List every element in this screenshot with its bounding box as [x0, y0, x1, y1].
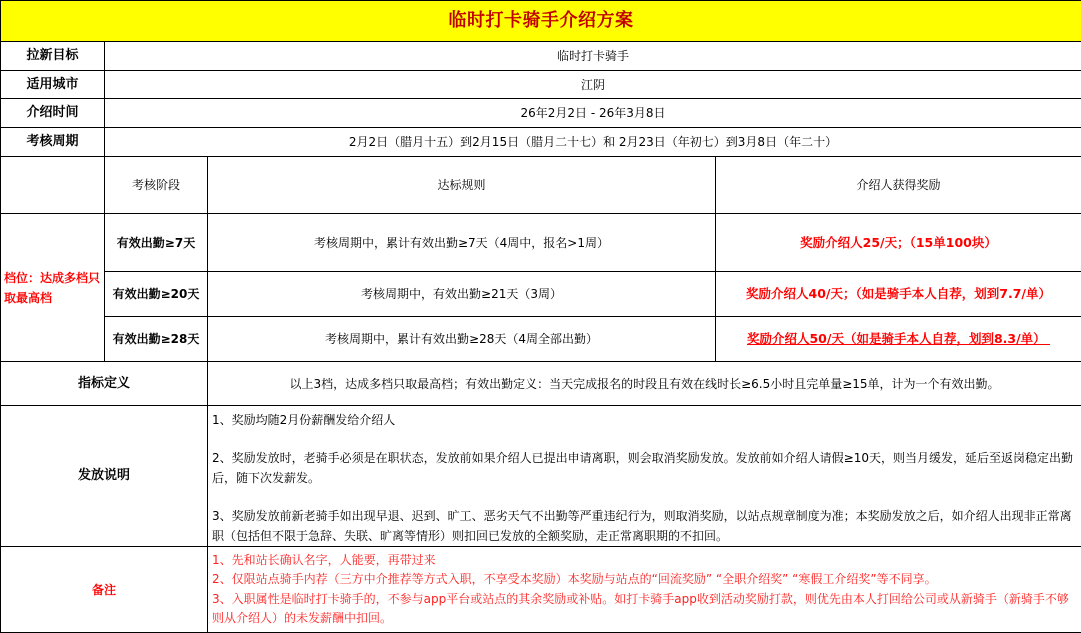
info-label-assessment: 考核周期: [1, 128, 105, 157]
tier-reward-text: 奖励介绍人50/天（如是骑手本人自荐，划到8.3/单）: [747, 331, 1050, 346]
sheet-title: 临时打卡骑手介绍方案: [1, 1, 1081, 42]
info-value-city: 江阴: [105, 71, 1081, 99]
payout-item: 3、奖励发放前新老骑手如出现早退、迟到、旷工、恶劣天气不出勤等严重违纪行为，则取…: [212, 506, 1077, 546]
definition-row: 指标定义 以上3档，达成多档只取最高档；有效出勤定义：当天完成报名的时段且有效在…: [1, 362, 1081, 406]
info-label-period: 介绍时间: [1, 99, 105, 128]
notes-item: 2、仅限站点骑手内荐（三方中介推荐等方式入职，不享受本奖励）本奖励与站点的“回流…: [212, 570, 1077, 590]
tier-row: 有效出勤≥28天 考核周期中，累计有效出勤≥28天（4周全部出勤） 奖励介绍人5…: [1, 317, 1081, 362]
info-row-period: 介绍时间 26年2月2日 - 26年3月8日: [1, 99, 1081, 128]
tier-group-label: 档位：达成多档只取最高档: [1, 214, 105, 362]
tier-rule: 考核周期中，累计有效出勤≥28天（4周全部出勤）: [208, 317, 716, 362]
info-value-assessment: 2月2日（腊月十五）到2月15日（腊月二十七）和 2月23日（年初七）到3月8日…: [105, 128, 1081, 157]
payout-row: 发放说明 1、奖励均随2月份薪酬发给介绍人 2、奖励发放时，老骑手必须是在职状态…: [1, 406, 1081, 547]
notes-label: 备注: [1, 547, 208, 633]
tier-reward: 奖励介绍人25/天；（15单100块）: [716, 214, 1081, 272]
tier-stage: 有效出勤≥28天: [105, 317, 208, 362]
tier-rule: 考核周期中，有效出勤≥21天（3周）: [208, 272, 716, 317]
payout-text: 1、奖励均随2月份薪酬发给介绍人 2、奖励发放时，老骑手必须是在职状态，发放前如…: [208, 406, 1081, 547]
payout-label: 发放说明: [1, 406, 208, 547]
plan-sheet: 临时打卡骑手介绍方案 拉新目标 临时打卡骑手 适用城市 江阴 介绍时间 26年2…: [0, 0, 1081, 633]
notes-item: 3、入职属性是临时打卡骑手的，不参与app平台或站点的其余奖励或补贴。如打卡骑手…: [212, 590, 1077, 629]
tier-header-blank: [1, 157, 105, 214]
info-label-city: 适用城市: [1, 71, 105, 99]
tier-rule: 考核周期中，累计有效出勤≥7天（4周中，报名>1周）: [208, 214, 716, 272]
payout-item: 1、奖励均随2月份薪酬发给介绍人: [212, 410, 1077, 430]
tier-header-reward: 介绍人获得奖励: [716, 157, 1081, 214]
info-row-target: 拉新目标 临时打卡骑手: [1, 42, 1081, 71]
info-value-target: 临时打卡骑手: [105, 42, 1081, 71]
tier-reward: 奖励介绍人50/天（如是骑手本人自荐，划到8.3/单）: [716, 317, 1081, 362]
definition-text: 以上3档，达成多档只取最高档；有效出勤定义：当天完成报名的时段且有效在线时长≥6…: [208, 362, 1081, 406]
tier-stage: 有效出勤≥20天: [105, 272, 208, 317]
tier-header-row: 考核阶段 达标规则 介绍人获得奖励: [1, 157, 1081, 214]
notes-text: 1、先和站长确认名字，人能要，再带过来 2、仅限站点骑手内荐（三方中介推荐等方式…: [208, 547, 1081, 633]
info-row-city: 适用城市 江阴: [1, 71, 1081, 99]
tier-reward: 奖励介绍人40/天；（如是骑手本人自荐，划到7.7/单）: [716, 272, 1081, 317]
notes-row: 备注 1、先和站长确认名字，人能要，再带过来 2、仅限站点骑手内荐（三方中介推荐…: [1, 547, 1081, 633]
tier-header-rule: 达标规则: [208, 157, 716, 214]
tier-stage: 有效出勤≥7天: [105, 214, 208, 272]
info-row-assessment: 考核周期 2月2日（腊月十五）到2月15日（腊月二十七）和 2月23日（年初七）…: [1, 128, 1081, 157]
tier-row: 档位：达成多档只取最高档 有效出勤≥7天 考核周期中，累计有效出勤≥7天（4周中…: [1, 214, 1081, 272]
tier-header-stage: 考核阶段: [105, 157, 208, 214]
info-label-target: 拉新目标: [1, 42, 105, 71]
notes-item: 1、先和站长确认名字，人能要，再带过来: [212, 551, 1077, 571]
tier-row: 有效出勤≥20天 考核周期中，有效出勤≥21天（3周） 奖励介绍人40/天；（如…: [1, 272, 1081, 317]
info-value-period: 26年2月2日 - 26年3月8日: [105, 99, 1081, 128]
payout-item: 2、奖励发放时，老骑手必须是在职状态，发放前如果介绍人已提出申请离职，则会取消奖…: [212, 448, 1077, 488]
definition-label: 指标定义: [1, 362, 208, 406]
